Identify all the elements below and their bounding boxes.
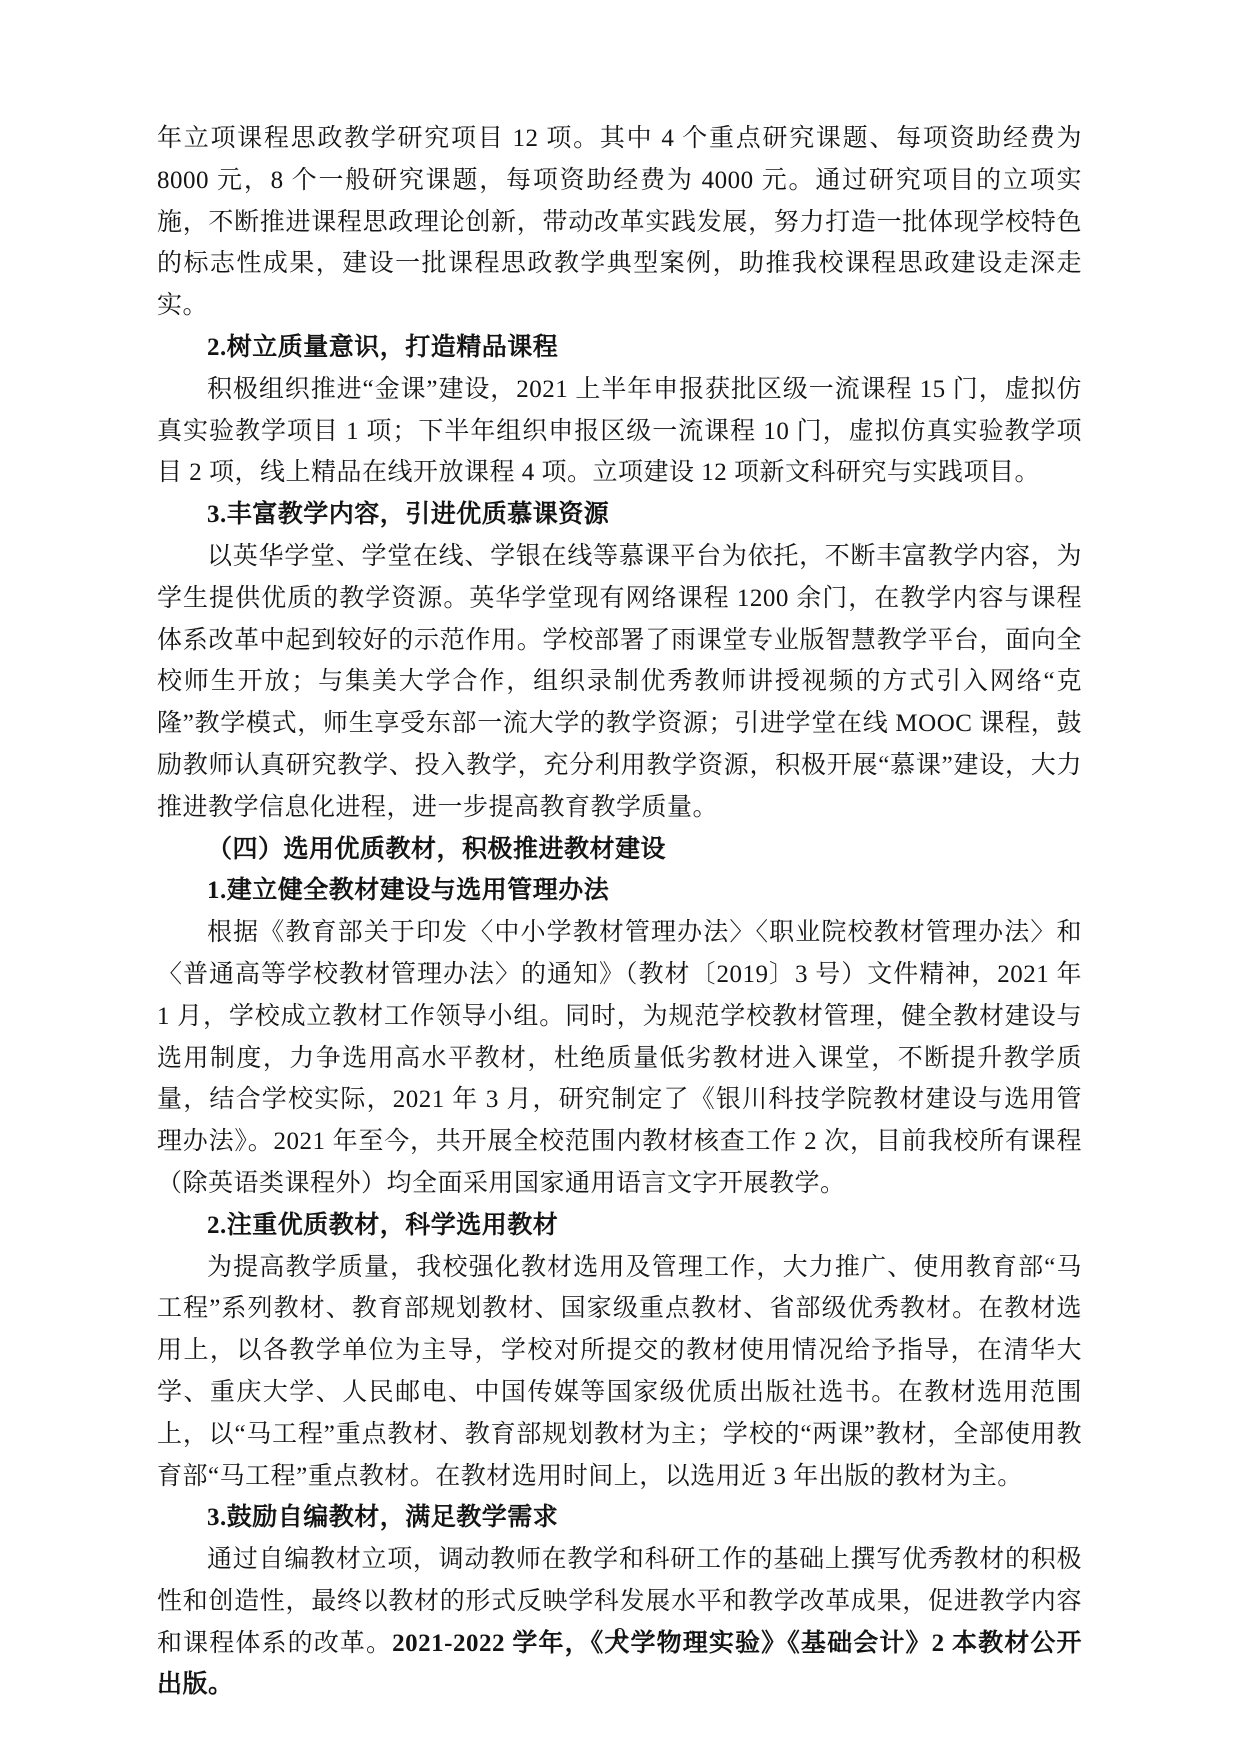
section-heading: 2.注重优质教材，科学选用教材: [157, 1205, 1082, 1247]
document-page: 年立项课程思政教学研究项目 12 项。其中 4 个重点研究课题、每项资助经费为 …: [0, 0, 1240, 1753]
page-body-text: 年立项课程思政教学研究项目 12 项。其中 4 个重点研究课题、每项资助经费为 …: [157, 118, 1082, 1706]
page-number: 9: [0, 1622, 1240, 1652]
section-heading: （四）选用优质教材，积极推进教材建设: [157, 829, 1082, 871]
section-heading: 3.丰富教学内容，引进优质慕课资源: [157, 494, 1082, 536]
section-heading: 1.建立健全教材建设与选用管理办法: [157, 870, 1082, 912]
paragraph: 以英华学堂、学堂在线、学银在线等慕课平台为依托，不断丰富教学内容，为学生提供优质…: [157, 536, 1082, 829]
paragraph: 为提高教学质量，我校强化教材选用及管理工作，大力推广、使用教育部“马工程”系列教…: [157, 1247, 1082, 1498]
paragraph: 积极组织推进“金课”建设，2021 上半年申报获批区级一流课程 15 门，虚拟仿…: [157, 369, 1082, 494]
paragraph: 年立项课程思政教学研究项目 12 项。其中 4 个重点研究课题、每项资助经费为 …: [157, 118, 1082, 327]
paragraph: 根据《教育部关于印发〈中小学教材管理办法〉〈职业院校教材管理办法〉和〈普通高等学…: [157, 912, 1082, 1205]
section-heading: 2.树立质量意识，打造精品课程: [157, 327, 1082, 369]
section-heading: 3.鼓励自编教材，满足教学需求: [157, 1497, 1082, 1539]
